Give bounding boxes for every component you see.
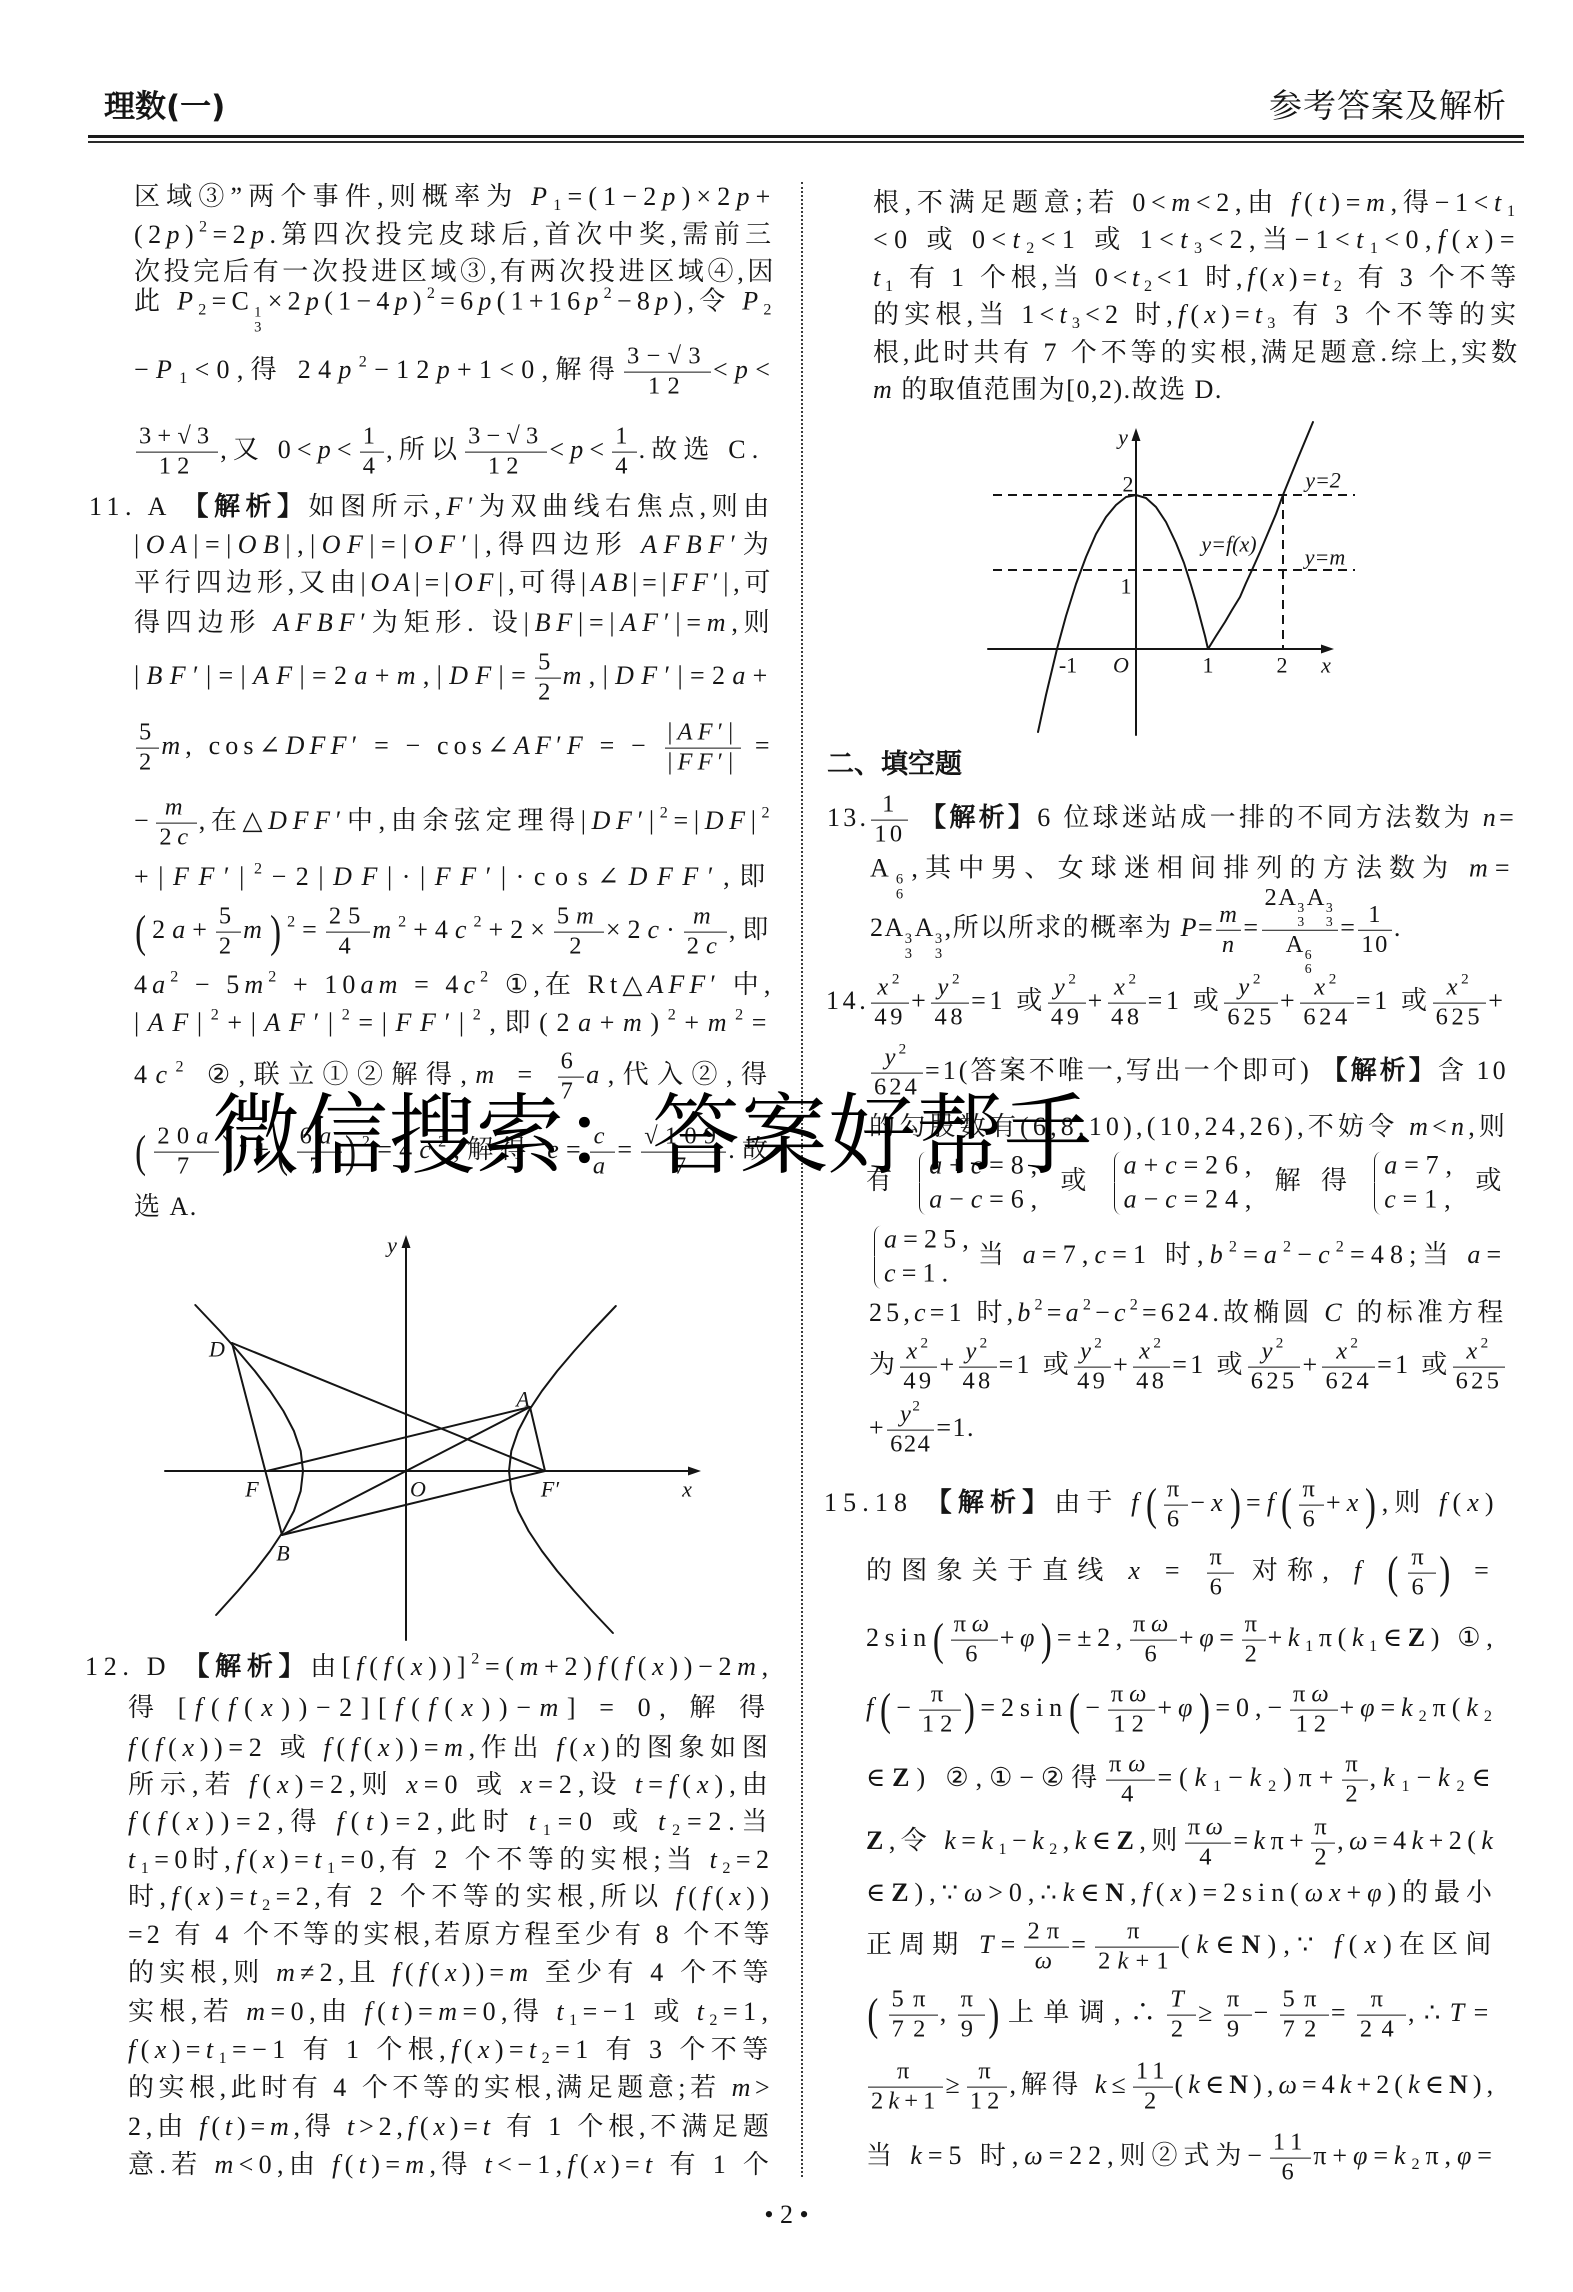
text-run: 至少有 4 个不等 [533,1958,773,1987]
fraction-denominator: |FF′| [665,749,742,777]
math-expression: = [1243,913,1259,942]
math-variable: D [705,806,729,835]
text-run: 为 [743,530,775,559]
math-expression: P [742,287,763,316]
math-variable: B [263,530,285,559]
subscript: 2 [1411,2156,1425,2173]
math-variable: D [592,806,616,835]
superscript: 2 [480,968,493,985]
math-expression: DFF′ [268,806,347,835]
text-run: 12 [970,2088,1005,2115]
math-variable: f [1291,188,1304,217]
line-content: |BF′|=|AF|=2a+m,|DF|=52m,|DF′|=2a+ [134,650,775,707]
math-expression: x=0 [406,1770,463,1799]
math-expression: AFF′ [647,970,721,999]
math-variable: A [253,661,276,690]
math-expression: =f [1246,1488,1280,1517]
text-run: ,得 [277,1807,336,1836]
math-expression: <2 [1208,225,1249,254]
math-variable: a [1264,1240,1283,1269]
math-variable: x [1314,974,1329,1001]
math-variable: t [1180,225,1194,254]
text-run: ,则②式为 [1107,2141,1247,2170]
math-expression: t [710,1845,723,1874]
math-variable: a [884,1225,903,1254]
fraction: π9 [1224,1987,1252,2044]
text-run: π [978,2058,995,2085]
math-variable: c [706,933,724,960]
math-expression: +x [1326,1488,1364,1517]
math-variable: t [1356,225,1370,254]
math-variable: k [910,2141,927,2170]
math-expression: f(x) [1439,1488,1500,1517]
label-point-a: A [514,1387,530,1412]
math-variable: F [170,661,193,690]
text-run: 根,不满足题意;若 [873,188,1132,217]
text-run: 2A [870,913,905,942]
fraction-numerator: x2 [900,1339,937,1368]
math-variable: x [277,1770,295,1799]
math-expression: ,ω=4k+2(k [1337,1826,1498,1855]
math-expression: + [869,1413,885,1442]
fraction: T2 [1167,1987,1196,2044]
math-variable: ω [1349,1826,1373,1855]
math-variable: p [585,287,603,316]
fraction-numerator: 3−√3 [624,344,711,373]
superscript: 2 [1229,1238,1243,1255]
text-run: 有 4 个不等的实根,若原方程至少有 8 个不等 [164,1920,774,1949]
math-expression: =1 [555,2035,594,2064]
text-run: ,设 [578,1770,635,1799]
math-variable: A [274,608,296,637]
math-expression: f(x)=t [1178,300,1267,329]
math-expression: =|DF| [674,806,762,835]
line-content: 25,c=1 时,b2=a2−c2=624.故椭圆 C 的标准方程 [869,1296,1507,1330]
line-content: 2,由 f(t)=m,得 t>2,f(x)=t 有 1 个根,不满足题 [128,2110,774,2144]
line-content: 的实根,则 m≠2,且 f(f(x))=m 至少有 4 个不等 [128,1956,774,1990]
fraction: x248 [1133,1339,1170,1396]
math-variable: m [520,1652,544,1681]
text-run: π [1411,1544,1433,1571]
text-run: 4 [1121,1781,1140,1808]
math-variable: ω [1035,1948,1059,1975]
subscript: 2 [709,2012,723,2029]
math-expression: y [1054,974,1069,1001]
line-content: 11. A 【解析】如图所示,F′为双曲线右焦点,则由 [89,490,775,524]
text-run: ,解得 [542,355,622,384]
fraction-denominator: 2 [1342,1781,1367,1809]
text-run [910,803,920,832]
subscript: 1 [219,2050,232,2067]
fraction-denominator: 48 [1108,1004,1146,1032]
math-expression: − [896,1693,917,1722]
math-variable: f [702,1882,715,1911]
math-expression: =48 [1350,1240,1409,1269]
math-variable: m [576,903,601,930]
math-variable: A [620,608,642,637]
line-content: |AF|2+|AF′|2=|FF′|2,即(2a+m)2+m2= [134,1006,775,1040]
math-variable: x [1466,1338,1480,1365]
math-variable: f [199,2112,211,2141]
fraction: m2c [156,795,196,852]
math-variable: t [391,1997,404,2026]
text-run: 当 [866,2141,910,2170]
fraction: π6 [1164,1477,1188,1534]
line-content: π2k+1≥π12,解得 k≤112(k∈N),ω=4k+2(k∈N), [866,2059,1498,2116]
fraction-denominator: 49 [1048,1004,1086,1032]
fraction: |AF′||FF′| [665,720,742,777]
math-variable: x [584,1733,601,1762]
fraction-numerator: |AF′| [665,720,742,749]
bold-label: N [1242,1930,1268,1959]
text-run: ,有 2 个不等的实根;当 [379,1845,710,1874]
text-run: 或 [914,225,972,254]
math-variable: P [156,355,179,384]
math-variable: F [698,749,718,776]
subscript: 2 [262,1897,276,1914]
text-run: 625 [1251,1368,1298,1395]
math-variable: f [1178,300,1190,329]
superscript: 2 [668,1006,685,1023]
text-run: 12 [159,453,196,480]
math-variable: y [900,1401,912,1428]
math-expression: ω=22 [1024,2141,1107,2170]
math-expression: x [877,974,892,1001]
math-expression: n= [1483,803,1517,832]
line-content: <0 或 0<t2<1 或 1<t3<2,当−1<t1<0,f(x)= [873,223,1521,257]
subscript: 3 [1194,240,1209,257]
math-expression: y [1238,974,1253,1001]
math-variable: F [729,806,751,835]
fraction-denominator: 625 [1248,1368,1301,1396]
math-variable: k [1195,1763,1213,1792]
text-run: 3+√3 [139,423,215,450]
math-variable: t [529,2035,542,2064]
math-expression: f(t)=2 [337,1807,437,1836]
math-variable: A [514,731,535,760]
math-variable: f [408,2112,420,2141]
fraction-numerator: m [156,795,196,824]
text-run: 次投完后有一次投进区域③,有两次投进区域④,因 [134,257,777,286]
system-row: c=1. [884,1257,975,1291]
y-axis-arrow-icon [1132,428,1141,441]
math-expression: =1 [1377,1350,1411,1379]
fraction: π12 [967,2059,1008,2116]
text-run: 12. D [85,1652,183,1681]
big-parenthesis: ) [1439,1553,1457,1594]
math-expression: ) [1431,1623,1445,1652]
math-variable: x [378,1733,395,1762]
math-expression: x [1447,974,1462,1001]
fraction-denominator: 2 [1311,1844,1335,1872]
fraction: 112 [1133,2059,1173,2116]
subscript: 3 [1297,915,1305,929]
fraction-numerator: 5π [1280,1987,1329,2016]
math-variable: n [1483,803,1499,832]
math-variable: f [228,1693,244,1722]
bold-label: Z [892,1763,916,1792]
text-run: , [762,1997,774,2026]
math-expression: f(t)=m [199,2112,293,2141]
text-run: 得 [128,1693,178,1722]
superscript: 2 [899,1041,910,1058]
math-variable: f [195,1693,211,1722]
math-variable: x [877,974,892,1001]
math-expression: =(1−2p)×2p+ [567,182,776,211]
fraction-denominator: ω [1024,1948,1069,1976]
superscript: 2 [175,1058,192,1075]
math-expression: 2c [687,933,724,960]
fraction-numerator: π [868,2059,943,2088]
math-variable: x [652,1652,669,1681]
math-expression: f(x)=t [236,1845,327,1874]
math-variable: x [433,2112,449,2141]
math-expression: +φ= [1179,1623,1240,1652]
math-variable: m [270,2112,294,2141]
math-expression: 1<t [1021,300,1072,329]
fraction-denominator: 4 [1185,1844,1232,1872]
fraction-denominator: 4 [326,933,370,961]
system-row: a−c=24, [1124,1183,1259,1217]
big-parenthesis: ) [964,1690,979,1731]
math-variable: t [1494,188,1507,217]
math-expression: b [1210,1240,1229,1269]
superscript: 2 [735,1006,752,1023]
math-expression: t [697,1997,710,2026]
math-expression: ≥ [945,2070,964,2099]
text-run: 的实根,则 [128,1958,276,1987]
fraction-numerator: 3−√3 [465,424,547,453]
superscript: 3 [1326,901,1334,915]
subscript: 1 [998,1841,1012,1858]
text-run: 时, [967,2141,1024,2170]
math-expression: |AB|=|FF′| [581,568,733,597]
text-run: 10 [874,821,905,848]
math-expression: 0<t [1095,263,1144,292]
math-expression: 5m [557,903,601,930]
math-variable: f [676,1882,689,1911]
system-row: a=25, [884,1223,975,1257]
subscript: 3 [1072,315,1085,332]
text-run: π [1167,1476,1185,1503]
text-run: 9 [961,2016,983,2043]
text-run: ,可得 [508,568,581,597]
fraction-numerator: 11 [1270,2130,1311,2159]
math-expression: πω [1111,1681,1153,1708]
text-run: ,即 [489,1008,539,1037]
math-variable: c [971,1185,989,1214]
text-run: 4 [338,933,357,960]
superscript: 3 [1297,901,1305,915]
math-expression: 24p [298,355,359,384]
math-expression: π(k [1433,1693,1484,1722]
line-content: (5π72,π9)上单调,∴T2≥π9−5π72=π24,∴T= [866,1987,1498,2044]
text-run: A [915,913,935,942]
superscript: 2 [199,218,212,235]
fraction-denominator: 24 [1357,2016,1406,2044]
math-expression: f(t)=m=0 [364,1997,501,2026]
math-variable: B [686,530,708,559]
math-variable: D [449,661,475,690]
math-expression: m=0 [246,1997,309,2026]
line-content: Z,令 k=k1−k2,k∈Z,则πω4=kπ+π2,ω=4k+2(k [866,1815,1498,1872]
math-variable: m [1219,901,1238,928]
math-variable: c [155,1060,175,1089]
text-run: 2 [1171,2016,1193,2043]
text-run: 为 [869,1350,898,1379]
text-run: 24 [1360,2016,1403,2043]
text-run: 49 [1051,1004,1083,1031]
math-expression: −c [1297,1240,1336,1269]
fraction-numerator: T [1167,1987,1196,2016]
text-run: 11 [1273,2129,1308,2156]
text-run: 时, [966,1298,1018,1327]
label-point-f-prime: F′ [540,1477,560,1502]
math-variable: F [276,661,299,690]
math-variable: k [1117,1948,1135,1975]
fraction: 52 [216,904,241,961]
math-variable: ω [1305,1878,1329,1907]
math-variable: F [475,661,498,690]
math-variable: O [322,530,347,559]
segment-b-o [282,1471,406,1535]
math-expression: (2a+m) [539,1008,668,1037]
fraction-denominator: 2c [156,824,196,852]
subscript: 1 [1213,1778,1228,1795]
sub-superscript: 13 [254,306,267,336]
text-run: 624 [1325,1368,1372,1395]
superscript: 2 [912,1398,921,1415]
big-parenthesis: ) [270,912,286,953]
text-run: 或 [1411,1350,1450,1379]
math-variable: m [444,1733,468,1762]
fraction-numerator: 5 [136,720,159,749]
math-variable: F [339,608,361,637]
bold-label: Z [1117,1826,1140,1855]
math-expression: πω [1133,1611,1174,1638]
text-run: 或 [1081,225,1139,254]
math-expression: + [1280,986,1298,1015]
math-variable: c [648,915,667,944]
fraction-numerator: π [1299,1477,1323,1506]
superscript: 2 [952,971,963,988]
math-expression: = [1071,1930,1093,1959]
text-run: 2 [139,749,156,776]
math-expression: C [1324,1298,1346,1327]
text-run: 12 [1113,1711,1149,1738]
math-expression: ) [916,1763,932,1792]
text-run: 有 1 个根,当 [898,263,1095,292]
line-content: f(f(x))=2,得 f(t)=2,此时 t1=0 或 t2=2.当 [128,1805,774,1839]
math-variable: p [655,287,673,316]
fraction-numerator: π [1408,1545,1436,1574]
fraction: π2k+1 [1095,1919,1179,1976]
fraction-denominator: 12 [919,1711,961,1739]
math-variable: F [641,661,664,690]
math-variable: F [447,492,468,521]
math-variable: P [531,182,553,211]
math-expression: a+c=26, [1124,1151,1259,1180]
superscript: 2 [1481,1335,1492,1352]
math-variable: f [157,1807,171,1836]
math-variable: f [556,1733,569,1762]
math-expression: f(x)=2 [249,1770,349,1799]
text-run: ,所以 [386,435,463,464]
fraction-numerator: x2 [1133,1339,1170,1368]
text-run: 时, [1194,263,1247,292]
math-variable: ω [964,1878,988,1907]
math-variable: t [1322,263,1334,292]
math-variable: φ [1457,2141,1477,2170]
math-expression: |OA|=|OF| [361,568,509,597]
math-expression: 2a+ [152,915,214,944]
math-variable: p [251,220,269,249]
math-expression: x [1466,1338,1480,1365]
math-variable: x [1139,1338,1153,1365]
math-variable: p [662,182,681,211]
text-run: 或 [641,1997,696,2026]
math-expression: x = [1128,1556,1204,1585]
math-expression: f [1354,1556,1386,1585]
fraction: y2625 [1248,1339,1301,1396]
fraction-numerator: y2 [959,1339,996,1368]
math-expression: +φ=k [1340,1693,1419,1722]
fraction-numerator: 3+√3 [136,424,218,453]
math-expression: ω [1035,1948,1059,1975]
text-run: ①, [1445,1623,1498,1652]
math-expression: y [1262,1338,1276,1365]
text-run: 2π [1027,1918,1066,1945]
text-run: 或 [1207,1350,1246,1379]
math-variable: O [370,568,394,597]
math-variable: t [1318,188,1331,217]
fraction-numerator: x2 [871,975,909,1004]
math-expression: 2k+1 [1098,1948,1176,1975]
math-variable: ω [1128,1751,1152,1778]
line-content: f(x)=t1=−1 有 1 个根,f(x)=t2=1 有 3 个不等 [128,2033,774,2067]
line-content: 15.18 【解析】由于 f(π6−x)=f(π6+x),则 f(x) [824,1477,1500,1534]
sub-superscript: 33 [1297,901,1305,929]
math-expression: =1 [925,1056,959,1085]
math-variable: F [535,731,556,760]
math-expression: −k [1416,1763,1456,1792]
subscript: 2 [1334,278,1347,295]
math-expression: ∈ [1383,1623,1408,1652]
math-variable: A [678,719,698,746]
fraction-numerator: y2 [887,1402,934,1431]
math-expression: ),ω=4k+2(k∈ [1253,2070,1449,2099]
math-expression: +|AF′| [227,1008,341,1037]
header-rule-thin [88,141,1524,143]
math-variable: f [332,2150,345,2179]
fraction-numerator: y2 [931,975,969,1004]
math-variable: ω [972,1611,995,1638]
big-parenthesis: ) [1365,1485,1380,1526]
subscript: 1 [1401,1778,1416,1795]
fraction: y2625 [1224,975,1278,1032]
math-variable: t [658,1807,672,1836]
subscript: 1 [1507,203,1521,220]
math-variable: m [623,1008,650,1037]
math-variable: F [642,608,664,637]
text-run: π [931,1681,949,1708]
bold-label: N [1449,2070,1473,2099]
math-expression: k≤ [1095,2070,1131,2099]
fraction-numerator: 1 [360,424,384,453]
text-run: 2A [1265,884,1298,911]
bold-label: Z [1408,1623,1431,1652]
math-variable: D [629,862,657,891]
